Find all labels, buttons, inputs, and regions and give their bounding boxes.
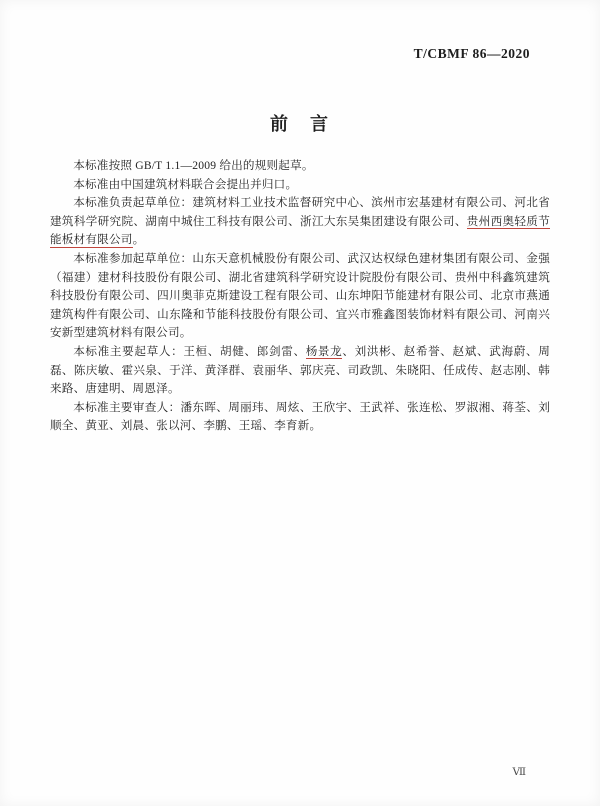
page-title: 前 言 (0, 110, 600, 136)
foreword-body: 本标准按照 GB/T 1.1—2009 给出的规则起草。本标准由中国建筑材料联合… (50, 157, 550, 436)
text-segment: 本标准主要审查人：潘东晖、周丽玮、周炫、王欣宇、王武祥、张连松、罗淑湘、蒋荃、刘… (50, 401, 550, 433)
text-segment: 本标准主要起草人：王桓、胡健、郎剑雷、 (73, 345, 306, 358)
standard-code-header: T/CBMF 86—2020 (414, 46, 530, 62)
paragraph: 本标准主要起草人：王桓、胡健、郎剑雷、杨景龙、刘洪彬、赵希誉、赵斌、武海蔚、周磊… (50, 343, 550, 399)
text-segment: 本标准按照 GB/T 1.1—2009 给出的规则起草。 (73, 159, 314, 172)
paragraph: 本标准负责起草单位：建筑材料工业技术监督研究中心、滨州市宏基建材有限公司、河北省… (50, 194, 550, 250)
page-number: Ⅶ (512, 766, 526, 778)
paragraph: 本标准按照 GB/T 1.1—2009 给出的规则起草。 (50, 157, 550, 176)
text-segment: 。 (133, 233, 145, 246)
paragraph: 本标准参加起草单位：山东天意机械股份有限公司、武汉达权绿色建材集团有限公司、金强… (50, 250, 550, 343)
paragraph: 本标准由中国建筑材料联合会提出并归口。 (50, 176, 550, 195)
text-segment: 本标准参加起草单位：山东天意机械股份有限公司、武汉达权绿色建材集团有限公司、金强… (50, 252, 550, 339)
text-segment: 本标准由中国建筑材料联合会提出并归口。 (73, 178, 297, 191)
paragraph: 本标准主要审查人：潘东晖、周丽玮、周炫、王欣宇、王武祥、张连松、罗淑湘、蒋荃、刘… (50, 399, 550, 436)
red-underlined-text: 杨景龙 (306, 345, 343, 360)
document-page: T/CBMF 86—2020 前 言 本标准按照 GB/T 1.1—2009 给… (0, 0, 600, 806)
